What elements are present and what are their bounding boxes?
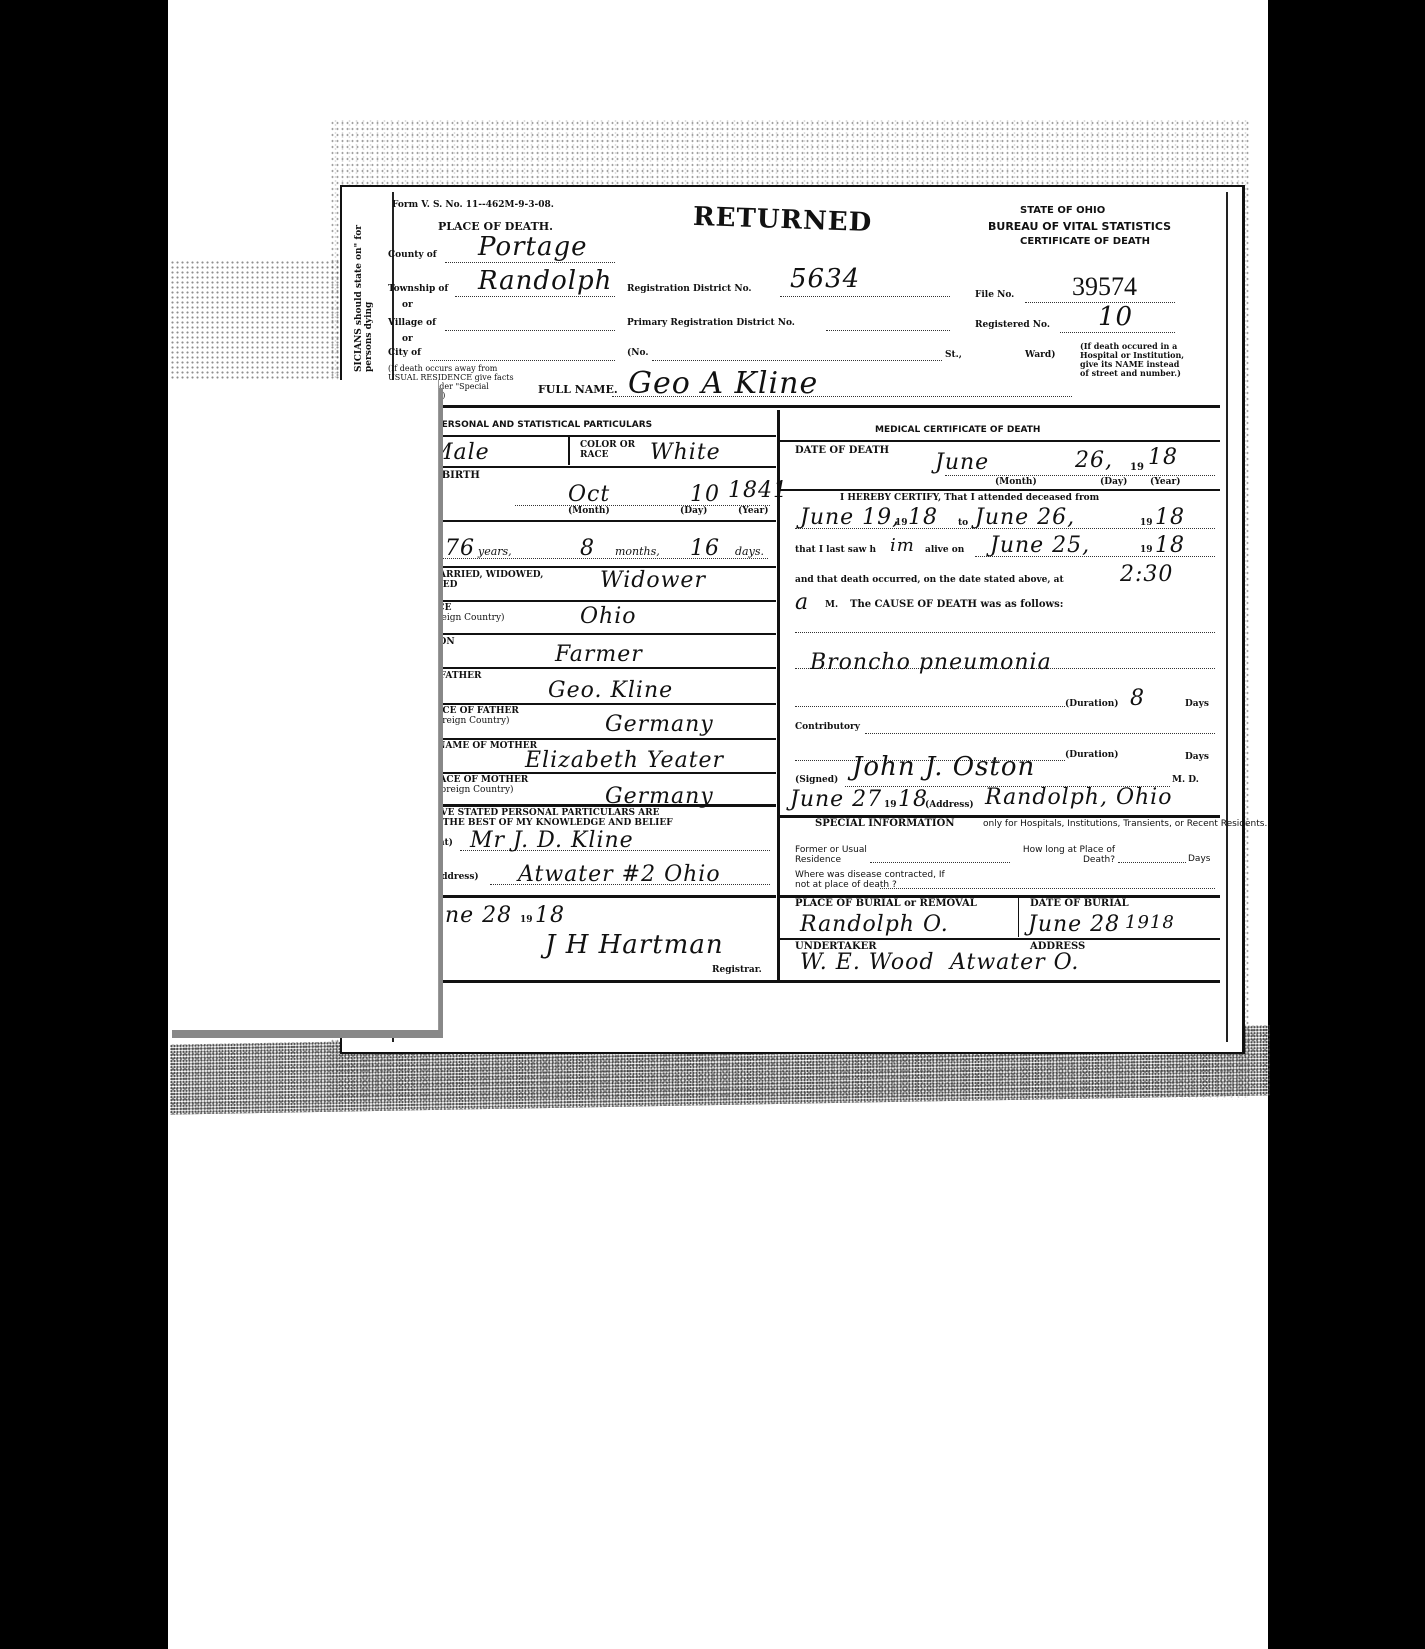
file-number-label: File No. [975,290,1014,300]
special-info-heading: SPECIAL INFORMATION [815,818,954,829]
township-label: Township of [388,284,448,294]
dob-month: Oct [568,482,610,507]
certificate-title: CERTIFICATE OF DEATH [1020,236,1150,247]
village-label: Village of [388,318,436,328]
duration-label: (Duration) [1065,699,1119,709]
last-saw-label: that I last saw h [795,545,876,555]
race-value: White [650,440,721,465]
cause-of-death-value: Broncho pneumonia [810,650,1052,675]
registrar-label: Registrar. [712,965,762,975]
how-long-days-word: Days [1188,854,1210,864]
last-saw-pronoun: im [890,535,915,556]
dob-year: 1841 [728,478,788,503]
attended-from-date: June 19, [800,505,900,530]
physician-address-value: Randolph, Ohio [985,785,1172,810]
day-caption: (Day) [680,506,707,516]
primary-registration-label: Primary Registration District No. [627,318,795,328]
returned-stamp: RETURNED [693,202,873,238]
last-saw-year: 18 [1155,533,1185,558]
attended-from-year: 18 [908,505,938,530]
signed-date: June 27 [790,787,882,812]
registration-district-value: 5634 [790,264,860,294]
burial-year-value: 1918 [1125,912,1175,933]
undertaker-address-value: Atwater O. [950,950,1079,975]
full-name-label: FULL NAME. [538,383,618,396]
margin-note: SICIANS should state on" for persons dyi… [354,212,374,372]
dod-label: DATE OF DEATH [795,445,889,456]
bureau-title: BUREAU OF VITAL STATISTICS [988,220,1171,233]
dod-year-caption: (Year) [1150,477,1180,487]
years-word: years, [478,545,512,558]
md-label: M. D. [1172,775,1199,785]
attended-to-year-prefix: 19 [1140,518,1153,528]
father-birthplace-value: Germany [605,712,714,737]
burial-place-label: PLACE OF BURIAL or REMOVAL [795,898,977,909]
county-value: Portage [478,232,588,262]
registered-number-label: Registered No. [975,320,1050,330]
dod-year: 18 [1148,445,1178,470]
alive-on-label: alive on [925,545,964,555]
cause-label: The CAUSE OF DEATH was as follows: [850,599,1063,610]
days-word: days. [735,545,764,558]
age-years: 76 [445,536,475,561]
meridiem-value: a [795,590,809,615]
registrar-signature: J H Hartman [545,930,724,960]
contributory-label: Contributory [795,722,860,732]
signed-year: 18 [898,787,928,812]
mother-name-value: Elizabeth Yeater [525,748,724,773]
race-label: COLOR OR RACE [580,440,640,460]
physician-signature: John J. Oston [852,752,1035,782]
attended-to-year: 18 [1155,505,1185,530]
last-saw-year-prefix: 19 [1140,545,1153,555]
burial-date-value: June 28 [1028,912,1120,937]
year-caption: (Year) [738,506,768,516]
marital-value: Widower [600,568,706,593]
dod-month-caption: (Month) [995,477,1037,487]
m-word: M. [825,600,838,610]
overlapping-paper [168,380,439,1030]
month-caption: (Month) [568,506,610,516]
where-contracted-label: Where was disease contracted, If not at … [795,870,955,890]
age-days: 16 [690,536,720,561]
form-number: Form V. S. No. 11--462M-9-3-08. [392,200,554,210]
personal-heading: PERSONAL AND STATISTICAL PARTICULARS [435,420,652,430]
contributory-days-word: Days [1185,752,1209,762]
to-word: to [958,518,968,528]
dod-year-prefix: 19 [1130,462,1144,473]
physician-address-label: (Address) [925,800,974,810]
burial-place-value: Randolph O. [800,912,949,937]
dod-day-caption: (Day) [1100,477,1127,487]
city-label: City of [388,348,421,358]
duration-days-word: Days [1185,699,1209,709]
death-time-label: and that death occurred, on the date sta… [795,575,1064,585]
signed-year-prefix: 19 [884,800,897,810]
state-title: STATE OF OHIO [1020,205,1105,216]
hospital-note: (If death occured in a Hospital or Insti… [1080,342,1190,378]
dob-day: 10 [690,482,720,507]
birthplace-value: Ohio [580,604,637,629]
registration-district-label: Registration District No. [627,284,752,294]
father-name-value: Geo. Kline [548,678,673,703]
dod-day: 26, [1075,448,1113,473]
contributory-duration-label: (Duration) [1065,750,1119,760]
or-label: or [402,300,413,310]
county-label: County of [388,250,437,260]
signed-label: (Signed) [795,775,838,785]
burial-date-label: DATE OF BURIAL [1030,898,1129,909]
scan-border-right [1268,0,1425,1649]
ward-label: Ward) [1025,350,1055,360]
medical-heading: MEDICAL CERTIFICATE OF DEATH [875,425,1040,435]
death-time-value: 2:30 [1120,562,1173,587]
last-saw-date: June 25, [990,533,1090,558]
special-info-text: only for Hospitals, Institutions, Transi… [983,819,1267,829]
file-number-value: 39574 [1072,272,1137,302]
or-label: or [402,334,413,344]
filed-year: 18 [535,903,565,928]
duration-value: 8 [1130,686,1145,711]
street-number-label: (No. [627,348,648,358]
full-name-value: Geo A Kline [628,366,818,401]
months-word: months, [615,545,660,558]
undertaker-value: W. E. Wood [800,950,935,975]
township-value: Randolph [478,266,612,296]
filed-year-prefix: 19 [520,915,533,925]
attended-from-year-prefix: 19 [895,518,908,528]
certify-text: I HEREBY CERTIFY, That I attended deceas… [840,493,1099,503]
informant-value: Mr J. D. Kline [470,828,634,853]
attended-to-date: June 26, [975,505,1075,530]
age-months: 8 [580,536,595,561]
how-long-label: How long at Place of Death? [1015,845,1115,865]
occupation-value: Farmer [555,642,643,667]
registered-number-value: 10 [1098,302,1133,332]
dod-month: June [935,450,989,475]
street-label: St., [945,350,962,360]
informant-address-value: Atwater #2 Ohio [518,862,721,887]
